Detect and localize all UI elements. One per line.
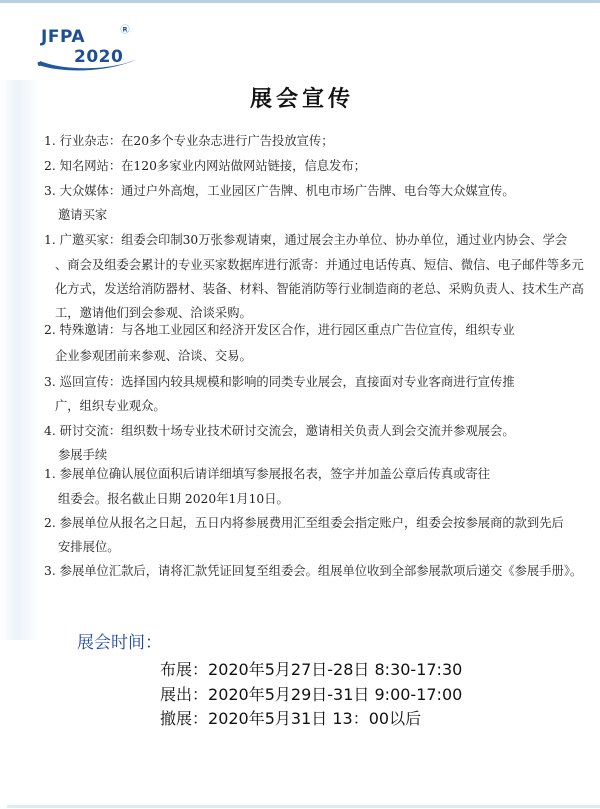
bottom-border-strip <box>7 805 600 808</box>
page-title: 展会宣传 <box>0 82 600 113</box>
schedule-heading: 展会时间： <box>77 628 162 653</box>
text-line: 1. 广邀买家：组委会印制30万张参观请柬，通过展会主办单位、协办单位，通过业内… <box>44 232 567 248</box>
text-line: 化方式，发送给消防器材、装备、材料、智能消防等行业制造商的老总、采购负责人、技术… <box>55 281 584 297</box>
schedule-row: 布展：2020年5月27日-28日 8:30-17:30 <box>160 657 462 680</box>
text-line: 2. 特殊邀请：与各地工业园区和经济开发区合作，进行园区重点广告位宣传，组织专业 <box>44 322 515 338</box>
schedule-label: 展出： <box>160 685 208 704</box>
text-line: 工，邀请他们到会参观、洽谈采购。 <box>55 305 252 321</box>
background-watermark <box>0 80 40 640</box>
schedule-row: 撤展：2020年5月31日 13：00以后 <box>160 706 421 729</box>
top-border-strip <box>0 0 600 3</box>
logo-swoosh-icon <box>36 56 146 78</box>
registered-mark-icon: R <box>120 24 130 36</box>
schedule-value: 2020年5月29日-31日 9:00-17:00 <box>208 685 462 704</box>
schedule-label: 布展： <box>160 660 208 679</box>
schedule-label: 撤展： <box>160 709 208 728</box>
text-line: 4. 研讨交流：组织数十场专业技术研讨交流会，邀请相关负责人到会交流并参观展会。 <box>44 423 515 439</box>
jfpa-logo: JFPA R 2020 <box>36 22 146 76</box>
logo-text-jfpa: JFPA <box>41 27 85 47</box>
text-line: 、商会及组委会累计的专业买家数据库进行派寄：并通过电话传真、短信、微信、电子邮件… <box>55 257 584 273</box>
text-line: 2. 知名网站：在120多家业内网站做网站链接，信息发布； <box>44 158 366 174</box>
text-line: 企业参观团前来参观、洽谈、交易。 <box>55 348 252 364</box>
text-line: 组委会。报名截止日期 2020年1月10日。 <box>58 491 289 507</box>
text-line: 2. 参展单位从报名之日起，五日内将参展费用汇至组委会指定账户，组委会按参展商的… <box>44 515 564 531</box>
text-line: 1. 行业杂志：在20多个专业杂志进行广告投放宣传； <box>44 133 334 149</box>
text-line: 3. 参展单位汇款后，请将汇款凭证回复至组委会。组展单位收到全部参展款项后递交《… <box>44 563 582 579</box>
text-line: 3. 巡回宣传：选择国内较具规模和影响的同类专业展会，直接面对专业客商进行宣传推 <box>44 374 515 390</box>
schedule-value: 2020年5月31日 13：00以后 <box>208 709 421 728</box>
schedule-row: 展出：2020年5月29日-31日 9:00-17:00 <box>160 682 462 705</box>
text-line: 1. 参展单位确认展位面积后请详细填写参展报名表，签字并加盖公章后传真或寄往 <box>44 466 490 482</box>
text-line: 3. 大众媒体：通过户外高炮，工业园区广告牌、机电市场广告牌、电台等大众媒宣传。 <box>44 183 515 199</box>
schedule-value: 2020年5月27日-28日 8:30-17:30 <box>208 660 462 679</box>
text-line: 参展手续 <box>58 447 107 463</box>
svg-text:R: R <box>122 25 127 33</box>
text-line: 安排展位。 <box>58 539 120 555</box>
text-line: 广，组织专业观众。 <box>55 398 166 414</box>
text-line: 邀请买家 <box>58 207 107 223</box>
